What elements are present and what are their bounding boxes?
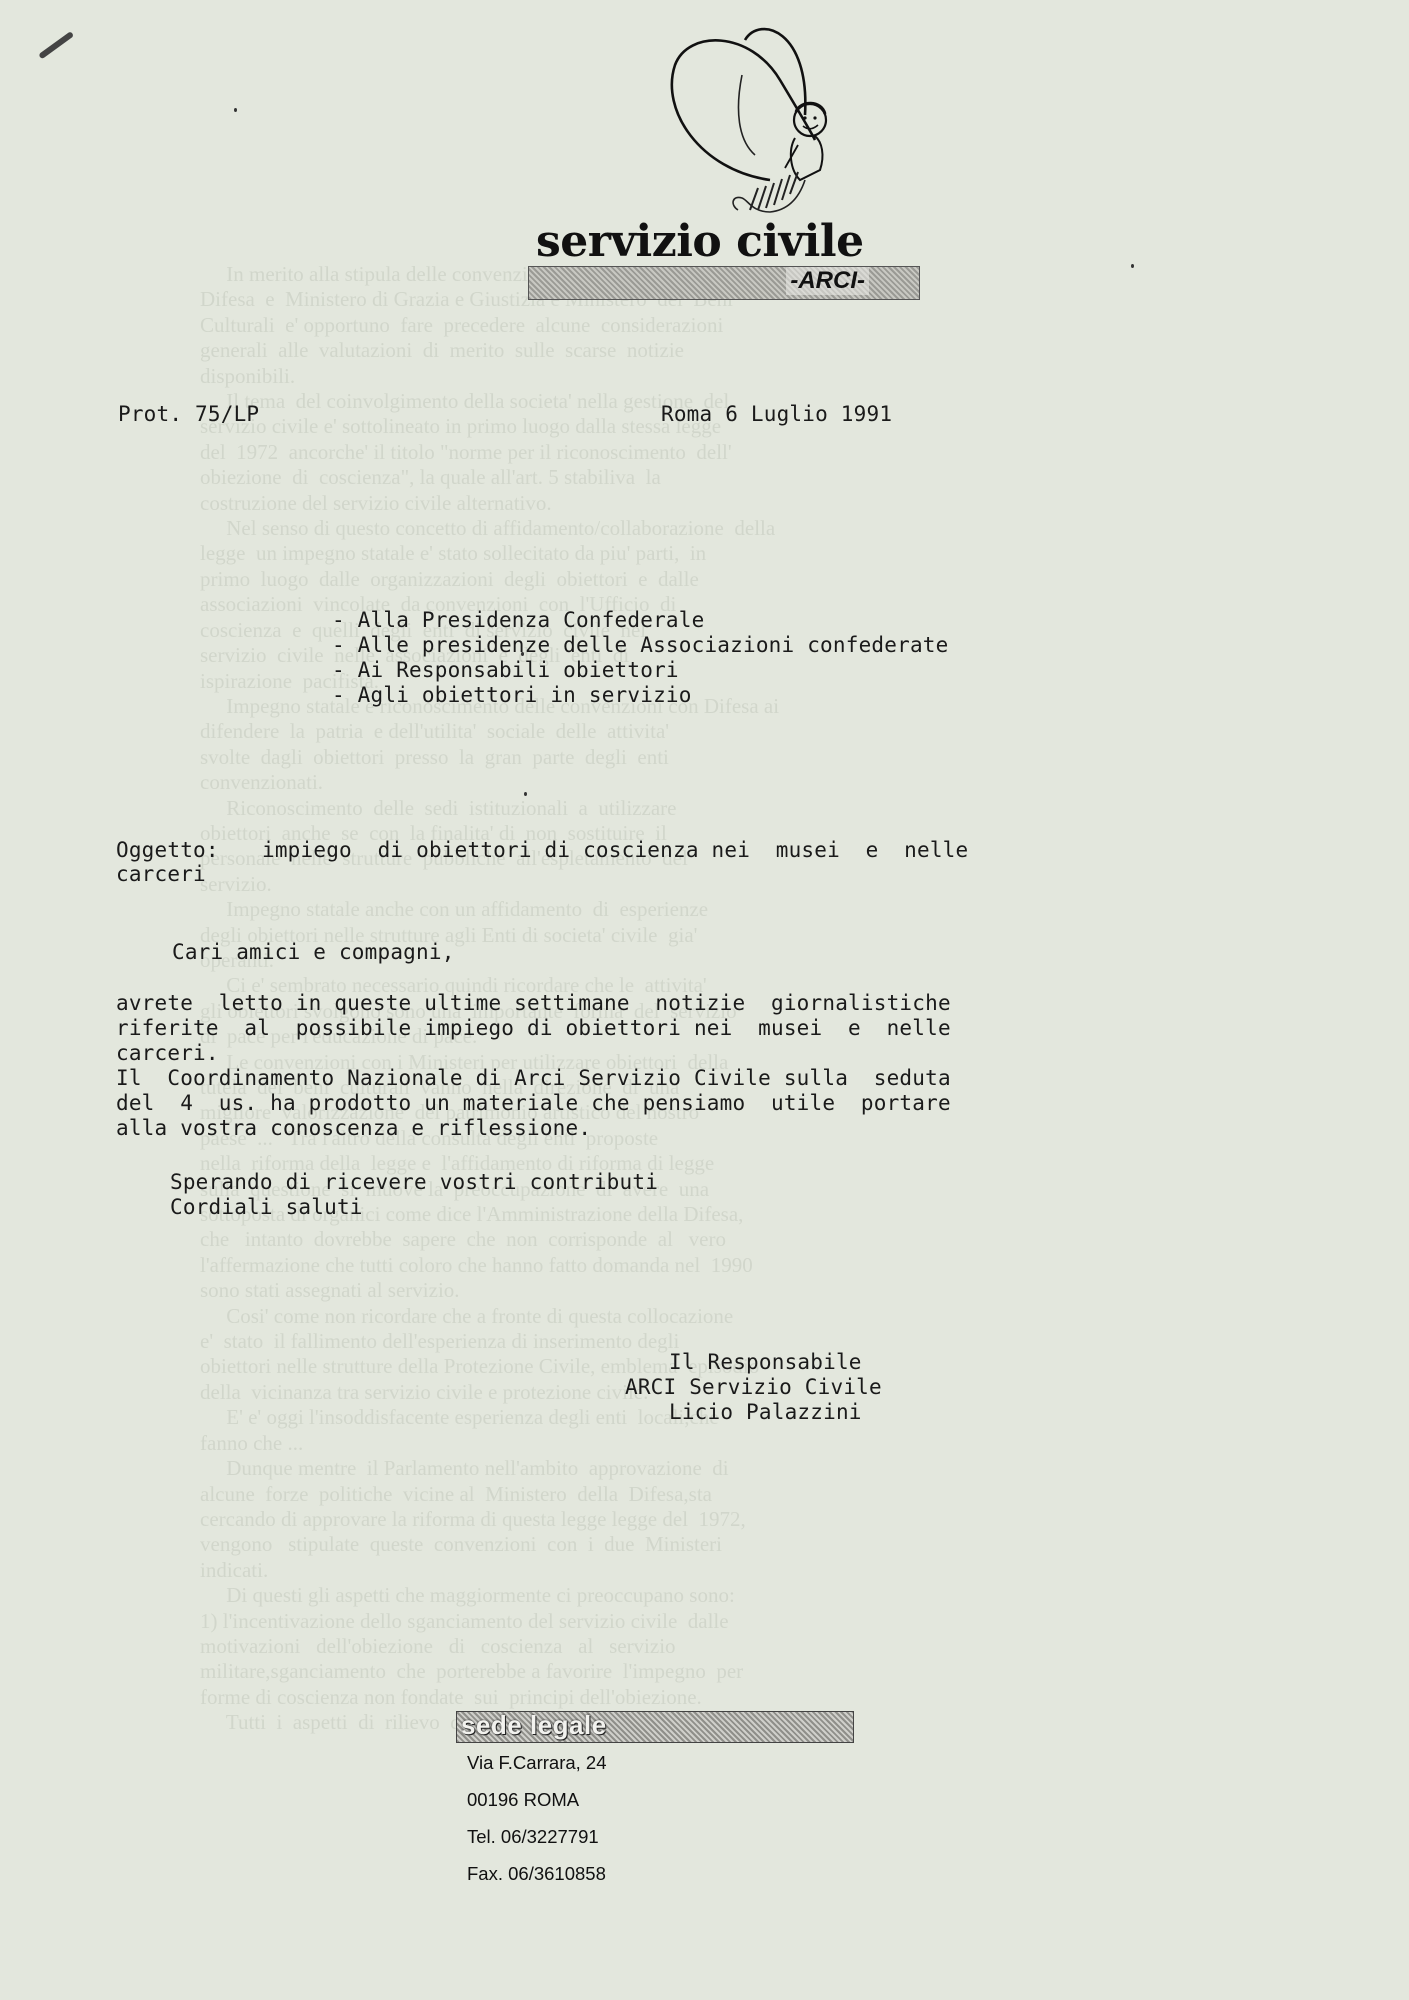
closing-line: Sperando di ricevere vostri contributi (170, 1170, 658, 1194)
address-city: 00196 ROMA (467, 1789, 579, 1811)
recipient-item: - Alla Presidenza Confederale (332, 608, 704, 632)
scan-speck (524, 792, 527, 796)
signature-organization: ARCI Servizio Civile (625, 1375, 882, 1399)
signature-name: Licio Palazzini (669, 1400, 862, 1424)
subject-line-2: carceri (116, 862, 206, 886)
figure-in-spiral-icon (660, 20, 860, 230)
scan-artifact-mark (38, 31, 74, 59)
organization-name: servizio civile (536, 216, 864, 267)
address-street: Via F.Carrara, 24 (467, 1752, 607, 1774)
recipient-item: - Ai Responsabili obiettori (332, 658, 679, 682)
phone-number: Tel. 06/3227791 (467, 1826, 599, 1848)
logo-band: -ARCI- (528, 266, 920, 300)
place-date: Roma 6 Luglio 1991 (661, 402, 892, 426)
body-line: Il Coordinamento Nazionale di Arci Servi… (116, 1066, 951, 1090)
signature-role: Il Responsabile (669, 1350, 862, 1374)
body-line: alla vostra conoscenza e riflessione. (116, 1116, 591, 1140)
sede-legale-label: sede legale (461, 1710, 607, 1741)
sub-brand: -ARCI- (786, 267, 869, 295)
body-line: riferite al possibile impiego di obietto… (116, 1016, 951, 1040)
sede-legale-band: sede legale (456, 1711, 854, 1743)
salutation: Cari amici e compagni, (172, 940, 455, 964)
subject-line-1: impiego di obiettori di coscienza nei mu… (262, 838, 968, 862)
recipient-item: - Alle presidenze delle Associazioni con… (332, 633, 948, 657)
closing-line: Cordiali saluti (170, 1195, 363, 1219)
protocol-number: Prot. 75/LP (118, 402, 259, 426)
scan-speck (1131, 264, 1134, 268)
fax-number: Fax. 06/3610858 (467, 1863, 606, 1885)
recipient-item: - Agli obiettori in servizio (332, 683, 692, 707)
body-line: avrete letto in queste ultime settimane … (116, 991, 951, 1015)
body-line: del 4 us. ha prodotto un materiale che p… (116, 1091, 951, 1115)
scan-speck (234, 108, 237, 112)
body-line: carceri. (116, 1041, 219, 1065)
subject-label: Oggetto: (116, 838, 219, 862)
